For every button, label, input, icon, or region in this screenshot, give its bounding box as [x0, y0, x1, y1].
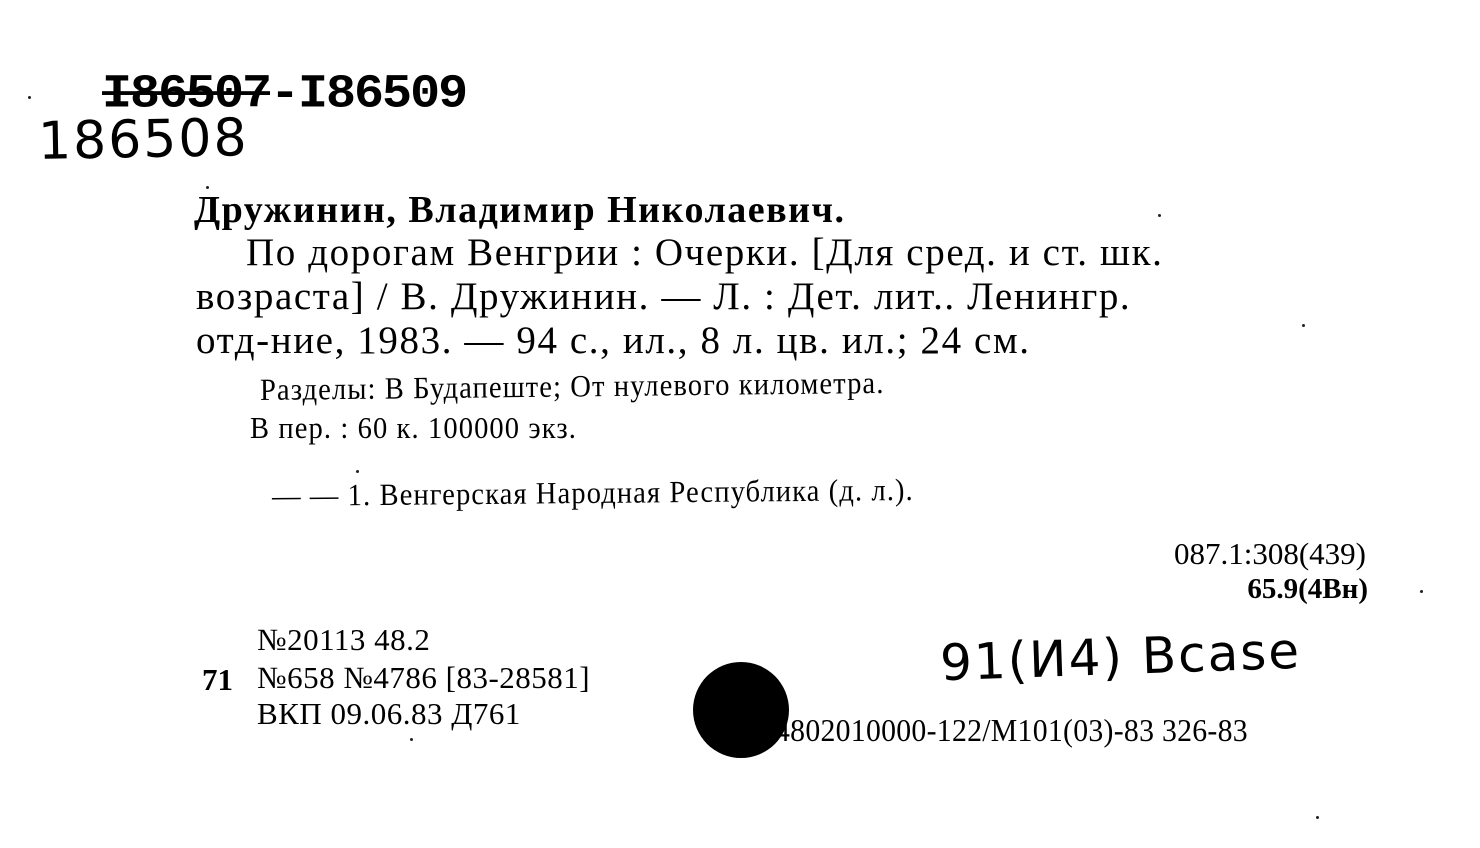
udc-code: 087.1:308(439)	[1174, 536, 1366, 572]
isbn-line: 4802010000-122/М101(03)-83 326-83	[775, 712, 1248, 749]
accession-end: I86509	[298, 67, 466, 121]
description-line-1: По дорогам Венгрии : Очерки. [Для сред. …	[246, 230, 1164, 275]
registry-prefix: 71	[202, 662, 233, 698]
scan-speck	[410, 738, 413, 741]
registry-line-3: ВКП 09.06.83 Д761	[257, 696, 521, 732]
author-heading: Дружинин, Владимир Николаевич.	[194, 188, 845, 232]
description-line-2: возраста] / В. Дружинин. — Л. : Дет. лит…	[196, 274, 1131, 319]
registry-line-1: №20113 48.2	[257, 622, 430, 658]
catalog-card: I86507-I86509 186508 Дружинин, Владимир …	[0, 0, 1480, 848]
scan-speck	[28, 96, 31, 99]
price-note: В пер. : 60 к. 100000 экз.	[250, 410, 577, 446]
shelf-mark-handwritten: 91(И4) Вcase	[939, 622, 1302, 693]
description-line-3: отд-ние, 1983. — 94 с., ил., 8 л. цв. ил…	[196, 318, 1031, 363]
subject-entry: — — 1. Венгерская Народная Республика (д…	[272, 472, 914, 514]
scan-speck	[356, 470, 359, 473]
scan-speck	[1420, 590, 1423, 593]
accession-separator: -	[270, 67, 298, 121]
scan-speck	[206, 186, 209, 189]
scan-speck	[1316, 816, 1319, 819]
bbk-code: 65.9(4Вн)	[1247, 573, 1368, 606]
contents-note: Разделы: В Будапеште; От нулевого киломе…	[260, 365, 885, 408]
registry-line-2: №658 №4786 [83-28581]	[257, 660, 590, 696]
scan-speck	[1302, 324, 1305, 327]
punch-hole	[693, 662, 789, 758]
accession-handwritten: 186508	[37, 108, 249, 172]
scan-speck	[1158, 214, 1161, 217]
